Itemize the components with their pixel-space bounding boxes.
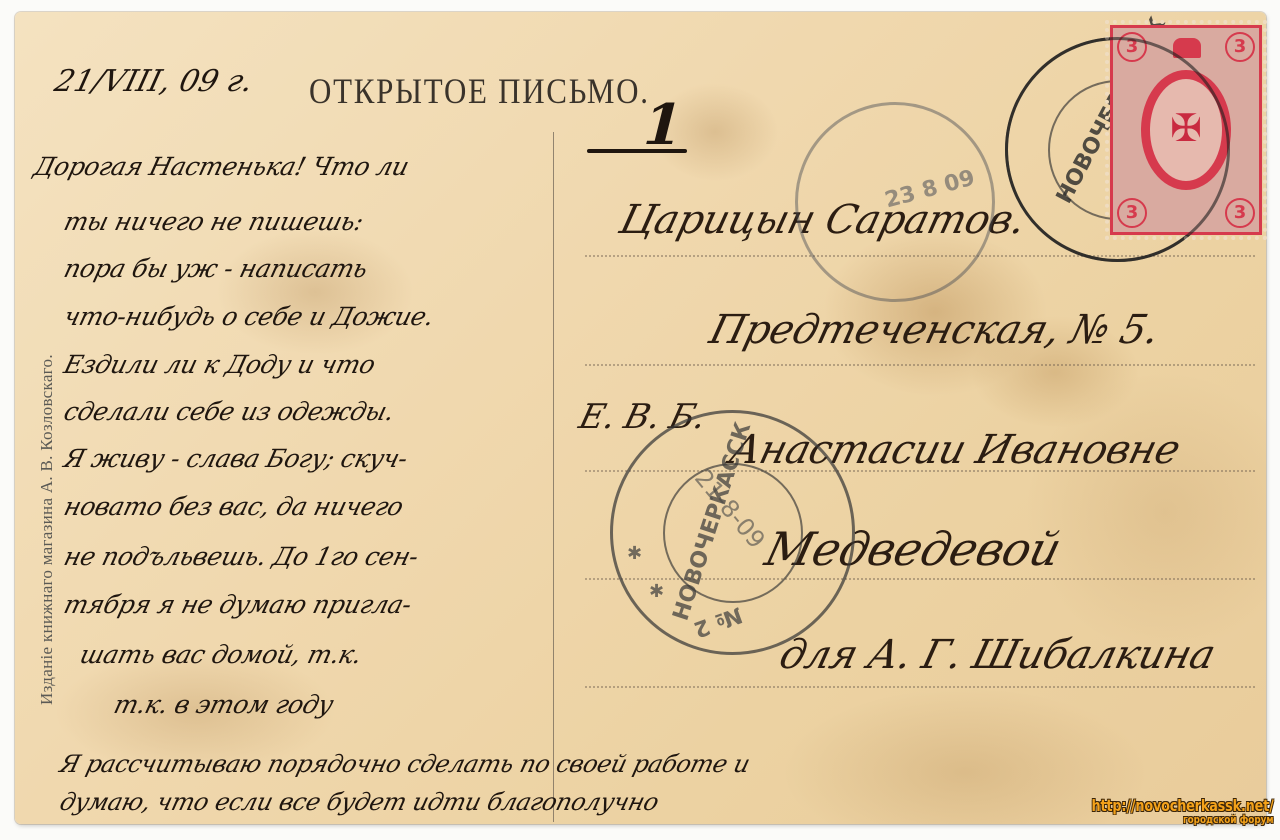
site-watermark: http://novocherkassk.net/ городской фору… bbox=[1046, 796, 1274, 826]
postcard-title: ОТКРЫТОЕ ПИСЬМО. bbox=[309, 70, 650, 112]
star-icon: ✱ bbox=[649, 581, 664, 602]
message-line: Я живу - слава Богу; скуч- bbox=[61, 444, 410, 473]
postmark-number: № 2 bbox=[690, 601, 745, 641]
address-line bbox=[585, 686, 1255, 688]
address-care-of: для А. Г. Шибалкина bbox=[775, 632, 1220, 678]
message-line: ты ничего не пишешь: bbox=[61, 207, 366, 236]
number-underline bbox=[587, 149, 687, 153]
message-line: т.к. в этом году bbox=[111, 690, 336, 719]
message-line: сделали себе из одежды. bbox=[61, 397, 397, 426]
message-line: думаю, что если все будет идти благополу… bbox=[57, 788, 662, 816]
message-line: тября я не думаю пригла- bbox=[61, 590, 414, 619]
handwritten-date: 21/VIII, 09 г. bbox=[51, 64, 257, 99]
address-line bbox=[585, 364, 1255, 366]
postcard: ОТКРЫТОЕ ПИСЬМО. 21/VIII, 09 г. 1 Издані… bbox=[15, 12, 1266, 824]
message-line: шать вас домой, т.к. bbox=[77, 640, 365, 669]
publisher-imprint: Изданіе книжнаго магазина А. В. Козловск… bbox=[37, 354, 57, 705]
message-line: не подъльвешь. До 1го сен- bbox=[61, 542, 421, 571]
address-street: Предтеченская, № 5. bbox=[705, 307, 1164, 353]
star-icon: ✱ bbox=[627, 543, 642, 564]
card-divider-line bbox=[553, 132, 554, 822]
departure-postmark: НОВОЧЕРКАССК 21-8-09 № 2 ✱ ✱ bbox=[610, 410, 855, 655]
message-line: Я рассчитываю порядочно сделать по своей… bbox=[57, 750, 753, 778]
message-line: Дорогая Настенька! Что ли bbox=[31, 152, 412, 181]
message-line: что-нибудь о себе и Дожие. bbox=[61, 302, 437, 331]
message-line: новато без вас, да ничего bbox=[61, 492, 406, 521]
message-line: Ездили ли к Доду и что bbox=[61, 350, 378, 379]
message-line: пора бы уж - написать bbox=[61, 254, 370, 283]
arrival-postmark: 23 8 09 bbox=[795, 102, 995, 302]
watermark-subtitle: городской форум bbox=[1092, 813, 1274, 826]
postmark-date: 23 8 09 bbox=[882, 166, 977, 214]
